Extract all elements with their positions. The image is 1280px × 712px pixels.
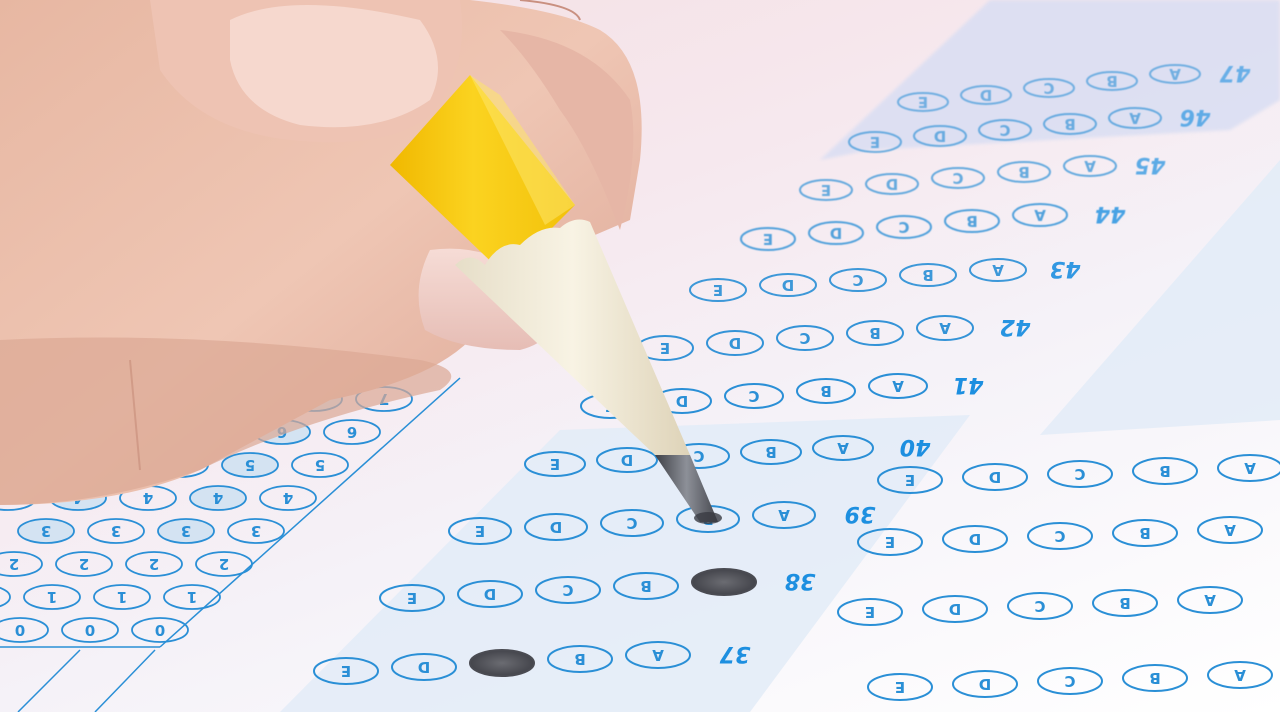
bubble-letter: D xyxy=(949,600,961,618)
bubble-letter: B xyxy=(1018,163,1029,181)
id-digit-label: 2 xyxy=(79,555,89,573)
bubble-letter: B xyxy=(1064,115,1075,133)
bubble-letter: C xyxy=(999,121,1010,139)
bubble-letter: B xyxy=(1139,524,1150,542)
question-number: 44 xyxy=(1095,201,1127,226)
bubble-letter: A xyxy=(1204,591,1216,609)
id-digit-label: 1 xyxy=(47,588,57,606)
bubble-letter: D xyxy=(621,451,633,469)
bubble-letter: B xyxy=(1149,669,1160,687)
bubble-letter: E xyxy=(407,589,417,607)
question-number: 38 xyxy=(785,568,816,593)
bubble-37-C[interactable] xyxy=(470,650,534,676)
bubble-letter: D xyxy=(484,585,496,603)
shaded-panel-right xyxy=(1040,160,1280,435)
bubble-letter: E xyxy=(660,339,670,357)
id-digit-label: 2 xyxy=(9,555,19,573)
bubble-letter: D xyxy=(979,675,991,693)
bubble-letter: E xyxy=(763,230,773,248)
bubble-letter: A xyxy=(1224,521,1236,539)
bubble-letter: C xyxy=(799,329,810,347)
bubble-letter: D xyxy=(934,127,946,145)
bubble-letter: B xyxy=(1106,72,1117,90)
id-digit-label: 1 xyxy=(117,588,127,606)
question-number: 46 xyxy=(1180,104,1212,129)
bubble-letter: B xyxy=(869,324,880,342)
bubble-letter: A xyxy=(1084,157,1096,175)
bubble-letter: C xyxy=(1043,79,1054,97)
answer-sheet: 37ABDE38BCDE39ABCDE40ABCDE41ABCDE42ABCDE… xyxy=(0,0,1280,712)
question-row-partial: ABCDE xyxy=(858,517,1262,555)
id-digit-label: 6 xyxy=(347,423,357,441)
bubble-letter: D xyxy=(782,276,794,294)
question-row-42: 42ABCDE xyxy=(637,314,1031,360)
id-digit-label: 0 xyxy=(15,621,25,639)
bubble-letter: E xyxy=(341,662,351,680)
bubble-letter: D xyxy=(830,224,842,242)
id-digit-label: 2 xyxy=(149,555,159,573)
bubble-letter: C xyxy=(626,514,637,532)
bubble-letter: C xyxy=(1064,672,1075,690)
bubble-letter: C xyxy=(748,387,759,405)
bubble-38-A[interactable] xyxy=(692,569,756,595)
bubble-letter: B xyxy=(820,382,831,400)
bubble-letter: A xyxy=(892,377,904,395)
bubble-letter: A xyxy=(652,646,664,664)
bubble-letter: A xyxy=(939,319,951,337)
bubble-letter: B xyxy=(765,443,776,461)
bubble-letter: C xyxy=(1034,597,1045,615)
question-row-44: 44ABCDE xyxy=(741,201,1126,250)
id-bubble-1[interactable] xyxy=(0,585,10,609)
id-digit-label: 4 xyxy=(143,489,153,507)
bubble-letter: D xyxy=(969,530,981,548)
bubble-letter: A xyxy=(1129,109,1141,127)
bubble-letter: B xyxy=(574,650,585,668)
bubble-letter: B xyxy=(966,212,977,230)
bubble-letter: B xyxy=(922,266,933,284)
id-digit-label: 0 xyxy=(85,621,95,639)
bubble-letter: B xyxy=(1119,594,1130,612)
bubble-letter: E xyxy=(550,455,560,473)
bubble-letter: D xyxy=(418,658,430,676)
bubble-letter: D xyxy=(676,392,688,410)
question-number: 42 xyxy=(1000,314,1032,339)
bubble-letter: C xyxy=(562,581,573,599)
question-number: 45 xyxy=(1135,152,1167,177)
bubble-letter: A xyxy=(837,439,849,457)
id-digit-label: 2 xyxy=(219,555,229,573)
bubble-letter: E xyxy=(895,678,905,696)
question-number: 40 xyxy=(900,434,932,459)
bubble-letter: C xyxy=(952,169,963,187)
bubble-letter: D xyxy=(729,334,741,352)
bubble-letter: C xyxy=(852,271,863,289)
bubble-letter: A xyxy=(1244,459,1256,477)
question-number: 47 xyxy=(1219,60,1251,85)
question-row-43: 43ABCDE xyxy=(690,256,1081,301)
bubble-letter: A xyxy=(1034,206,1046,224)
photo-scene: 37ABDE38BCDE39ABCDE40ABCDE41ABCDE42ABCDE… xyxy=(0,0,1280,712)
bubble-letter: D xyxy=(886,175,898,193)
bubble-letter: B xyxy=(640,577,651,595)
question-row-partial: ABCDE xyxy=(838,587,1242,625)
bubble-letter: E xyxy=(475,522,485,540)
id-digit-label: 5 xyxy=(245,456,255,474)
id-digit-label: 0 xyxy=(155,621,165,639)
question-row-partial: ABCDE xyxy=(868,662,1272,700)
question-row-45: 45ABCDE xyxy=(800,152,1166,200)
bubble-letter: A xyxy=(992,261,1004,279)
bubble-letter: D xyxy=(989,468,1001,486)
question-number: 37 xyxy=(719,641,750,666)
bubble-letter: E xyxy=(870,133,880,151)
id-digit-label: 3 xyxy=(181,522,191,540)
bubble-letter: A xyxy=(1234,666,1246,684)
bubble-letter: E xyxy=(713,281,723,299)
bubble-letter: C xyxy=(1054,527,1065,545)
bubble-letter: B xyxy=(1159,462,1170,480)
question-number: 39 xyxy=(845,501,876,526)
id-digit-label: 1 xyxy=(187,588,197,606)
bubble-letter: C xyxy=(898,218,909,236)
id-digit-label: 3 xyxy=(41,522,51,540)
question-number: 43 xyxy=(1050,256,1082,281)
bubble-letter: D xyxy=(550,518,562,536)
bubble-letter: A xyxy=(778,506,790,524)
id-digit-label: 5 xyxy=(315,456,325,474)
bubble-letter: C xyxy=(1074,465,1085,483)
bubble-letter: E xyxy=(885,533,895,551)
id-digit-label: 4 xyxy=(283,489,293,507)
bubble-letter: C xyxy=(693,447,704,465)
bubble-letter: D xyxy=(980,86,992,104)
bubble-letter: A xyxy=(1169,65,1181,83)
id-digit-label: 4 xyxy=(213,489,223,507)
id-digit-label: 3 xyxy=(111,522,121,540)
question-row-partial: ABCDE xyxy=(878,455,1280,493)
bubble-letter: E xyxy=(821,181,831,199)
bubble-letter: E xyxy=(905,471,915,489)
bubble-letter: E xyxy=(918,93,928,111)
bubble-letter: E xyxy=(865,603,875,621)
question-number: 41 xyxy=(953,372,985,397)
id-digit-label: 3 xyxy=(251,522,261,540)
id-bubble-2[interactable] xyxy=(0,552,42,576)
